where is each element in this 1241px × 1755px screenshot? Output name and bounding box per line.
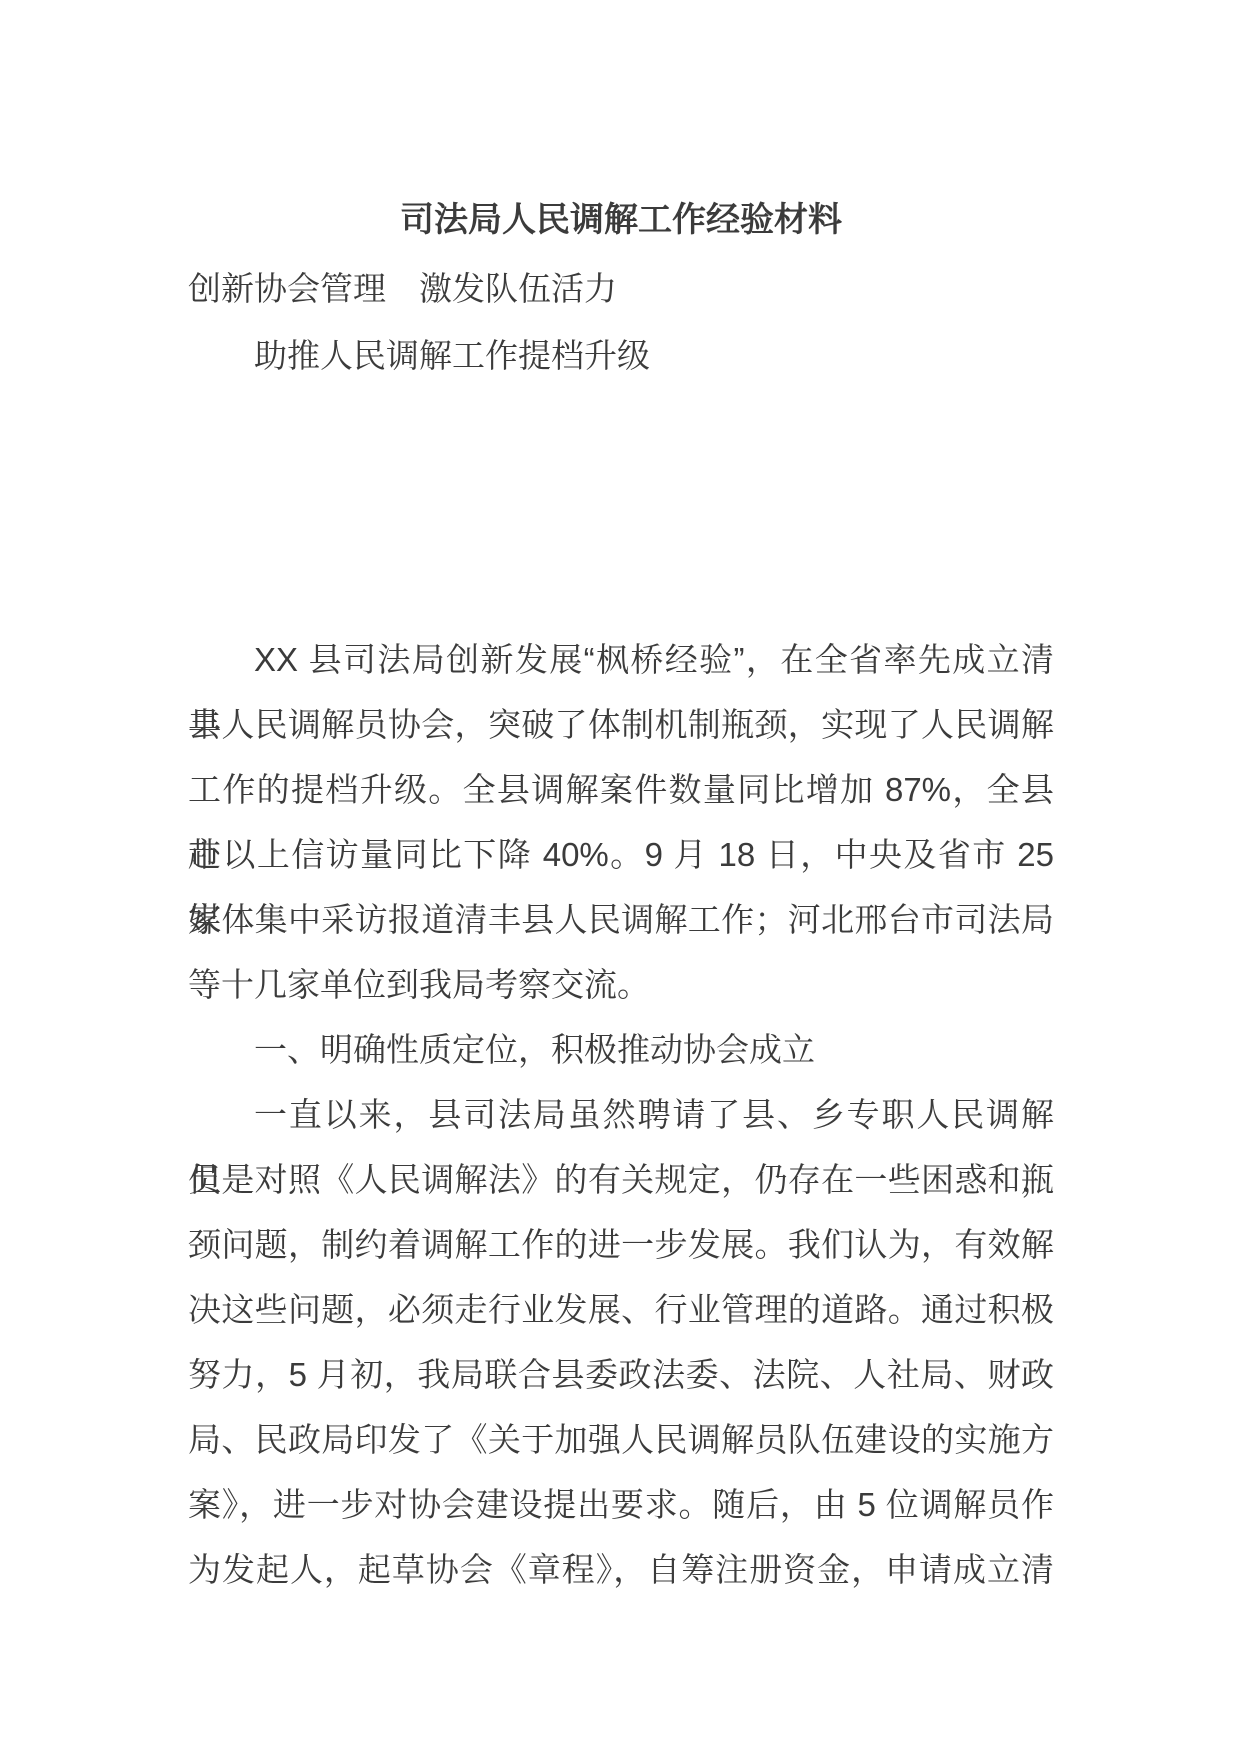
text-line: 局、民政局印发了《关于加强人民调解员队伍建设的实施方 bbox=[188, 1407, 1054, 1472]
text-line: 市以上信访量同比下降 40%。9 月 18 日，中央及省市 25 家 bbox=[188, 822, 1054, 887]
text-line: 工作的提档升级。全县调解案件数量同比增加 87%，全县赴 bbox=[188, 757, 1054, 822]
document-page: 司法局人民调解工作经验材料 创新协会管理 激发队伍活力 助推人民调解工作提档升级… bbox=[0, 0, 1241, 1755]
text-line: 等十几家单位到我局考察交流。 bbox=[188, 952, 1054, 1017]
text-line: 努力，5 月初，我局联合县委政法委、法院、人社局、财政 bbox=[188, 1342, 1054, 1407]
text-line: 案》，进一步对协会建设提出要求。随后，由 5 位调解员作 bbox=[188, 1472, 1054, 1537]
subtitle-line-2: 助推人民调解工作提档升级 bbox=[188, 324, 1054, 388]
paragraph-2: 一直以来，县司法局虽然聘请了县、乡专职人民调解员，但是对照《人民调解法》的有关规… bbox=[188, 1082, 1054, 1602]
text-line: 媒体集中采访报道清丰县人民调解工作；河北邢台市司法局 bbox=[188, 887, 1054, 952]
section-1-heading: 一、明确性质定位，积极推动协会成立 bbox=[188, 1017, 1054, 1082]
document-title: 司法局人民调解工作经验材料 bbox=[188, 189, 1054, 253]
text-line: 县人民调解员协会，突破了体制机制瓶颈，实现了人民调解 bbox=[188, 692, 1054, 757]
text-line: 决这些问题，必须走行业发展、行业管理的道路。通过积极 bbox=[188, 1277, 1054, 1342]
text-line: 颈问题，制约着调解工作的进一步发展。我们认为，有效解 bbox=[188, 1212, 1054, 1277]
subtitle-line-1: 创新协会管理 激发队伍活力 bbox=[188, 257, 1054, 321]
text-line: 但是对照《人民调解法》的有关规定，仍存在一些困惑和瓶 bbox=[188, 1147, 1054, 1212]
text-line: 为发起人，起草协会《章程》，自筹注册资金，申请成立清 bbox=[188, 1537, 1054, 1602]
paragraph-1: XX 县司法局创新发展“枫桥经验”，在全省率先成立清丰县人民调解员协会，突破了体… bbox=[188, 627, 1054, 1017]
text-line: XX 县司法局创新发展“枫桥经验”，在全省率先成立清丰 bbox=[188, 627, 1054, 692]
text-line: 一直以来，县司法局虽然聘请了县、乡专职人民调解员， bbox=[188, 1082, 1054, 1147]
